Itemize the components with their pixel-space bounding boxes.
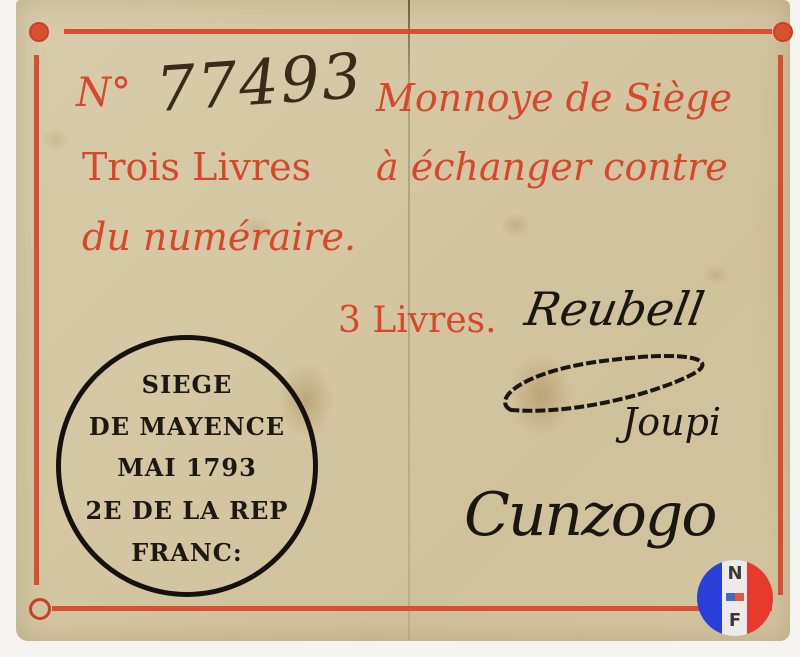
stamp-line: MAI 1793 — [61, 453, 313, 482]
signature-3: Cunzogo — [464, 480, 715, 550]
heading-line-2b: à échanger contre — [376, 145, 728, 189]
stamp-line: DE MAYENCE — [61, 412, 313, 441]
heading-line-2a: Trois Livres — [82, 145, 311, 189]
corner-ornament-icon — [773, 22, 793, 42]
banknote: N° 77493 Monnoye de Siège Trois Livres à… — [16, 0, 790, 641]
stamp-line: FRANC: — [61, 538, 313, 567]
siege-stamp: SIEGE DE MAYENCE MAI 1793 2E DE LA REP F… — [56, 335, 318, 597]
flag-icon — [726, 593, 744, 601]
heading-line-1: Monnoye de Siège — [376, 76, 732, 120]
border-right — [778, 55, 783, 595]
border-top — [64, 29, 772, 34]
stamp-line: 2E DE LA REP — [61, 496, 313, 525]
serial-number: 77493 — [154, 39, 366, 126]
amount-text: 3 Livres. — [338, 300, 497, 341]
stamp-line: SIEGE — [61, 370, 313, 399]
heading-line-3: du numéraire. — [82, 215, 356, 259]
nf-logo-icon: N F — [697, 560, 773, 636]
number-label: N° — [76, 70, 131, 116]
border-bottom — [52, 606, 772, 611]
corner-ornament-icon — [29, 598, 51, 620]
logo-letter-bottom: F — [697, 610, 773, 631]
signature-1: Reubell — [521, 282, 708, 336]
corner-ornament-icon — [29, 22, 49, 42]
signature-2: Joupi — [622, 400, 721, 444]
logo-letter-top: N — [697, 563, 773, 584]
border-left — [34, 55, 39, 585]
